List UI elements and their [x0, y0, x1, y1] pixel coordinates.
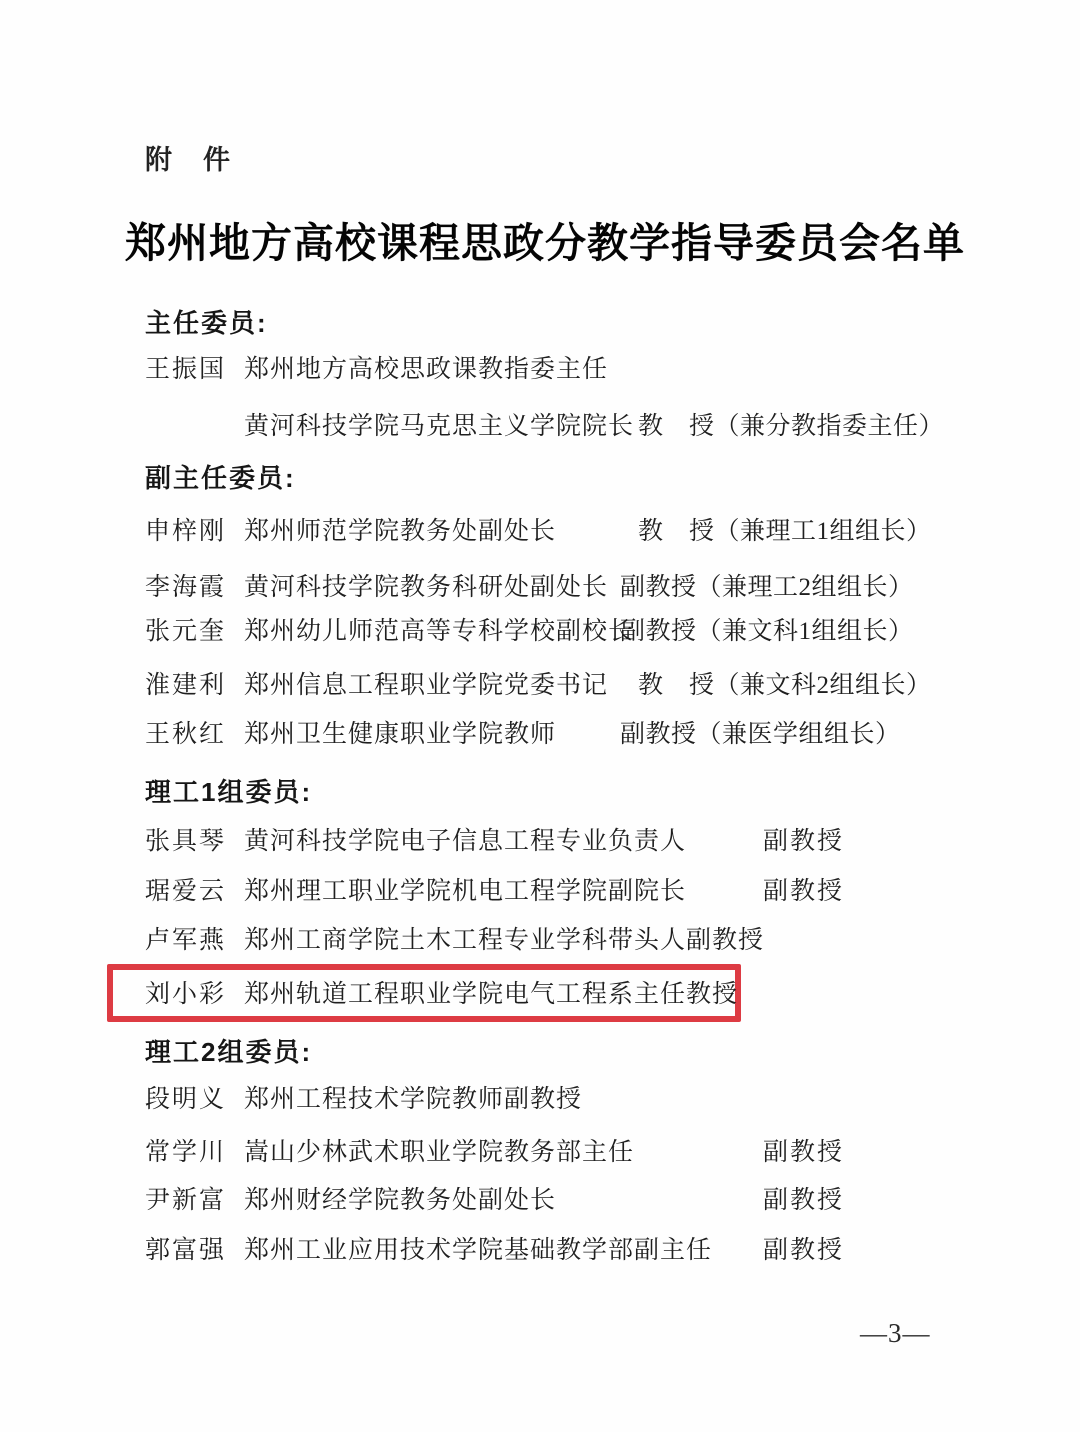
member-position: 郑州工程技术学院教师副教授 [244, 1085, 582, 1115]
member-rank: 副教授 [763, 827, 844, 857]
page-number: —3— [860, 1318, 931, 1349]
member-name: 淮建利 [145, 671, 226, 701]
member-position: 郑州地方高校思政课教指委主任 [244, 355, 608, 385]
member-name: 卢军燕 [145, 926, 226, 956]
member-row: 黄河科技学院马克思主义学院院长 教 授（兼分教指委主任） [0, 412, 1080, 442]
document-title: 郑州地方高校课程思政分教学指导委员会名单 [120, 210, 970, 269]
member-position: 嵩山少林武术职业学院教务部主任 [244, 1138, 634, 1168]
member-name: 张元奎 [145, 617, 226, 647]
member-row: 常学川 嵩山少林武术职业学院教务部主任 副教授 [0, 1138, 1080, 1168]
member-rank: 教 授（兼理工1组组长） [638, 517, 932, 547]
member-position: 黄河科技学院马克思主义学院院长 [244, 412, 634, 442]
member-position: 郑州幼儿师范高等专科学校副校长 [244, 617, 634, 647]
member-position: 郑州理工职业学院机电工程学院副院长 [244, 877, 686, 907]
member-name: 尹新富 [145, 1186, 226, 1216]
member-row: 王振国 郑州地方高校思政课教指委主任 [0, 355, 1080, 385]
member-position: 郑州轨道工程职业学院电气工程系主任教授 [244, 980, 738, 1010]
member-position: 郑州财经学院教务处副处长 [244, 1186, 556, 1216]
member-name: 刘小彩 [145, 980, 226, 1010]
member-rank: 教 授（兼分教指委主任） [638, 412, 944, 442]
member-row: 琚爱云 郑州理工职业学院机电工程学院副院长 副教授 [0, 877, 1080, 907]
member-row: 李海霞 黄河科技学院教务科研处副处长 副教授（兼理工2组组长） [0, 573, 1080, 603]
member-position: 郑州工业应用技术学院基础教学部副主任 [244, 1236, 712, 1266]
member-position: 黄河科技学院教务科研处副处长 [244, 573, 608, 603]
member-name: 王振国 [145, 355, 226, 385]
section-heading-group2: 理工2组委员: [145, 1037, 312, 1067]
member-rank: 副教授 [763, 1138, 844, 1168]
member-row: 郭富强 郑州工业应用技术学院基础教学部副主任 副教授 [0, 1236, 1080, 1266]
section-heading-group1: 理工1组委员: [145, 777, 312, 807]
member-row: 卢军燕 郑州工商学院土木工程专业学科带头人副教授 [0, 926, 1080, 956]
document-page: 附 件 郑州地方高校课程思政分教学指导委员会名单 主任委员: 王振国 郑州地方高… [0, 0, 1080, 1432]
member-row-highlighted: 刘小彩 郑州轨道工程职业学院电气工程系主任教授 [0, 980, 1080, 1010]
member-name: 李海霞 [145, 573, 226, 603]
section-heading-director: 主任委员: [145, 308, 268, 338]
member-row: 段明义 郑州工程技术学院教师副教授 [0, 1085, 1080, 1115]
member-name: 段明义 [145, 1085, 226, 1115]
member-position: 郑州卫生健康职业学院教师 [244, 720, 556, 750]
member-row: 张元奎 郑州幼儿师范高等专科学校副校长 副教授（兼文科1组组长） [0, 617, 1080, 647]
member-position: 郑州师范学院教务处副处长 [244, 517, 556, 547]
member-rank: 副教授（兼医学组组长） [620, 720, 901, 750]
member-rank: 副教授（兼文科1组组长） [620, 617, 914, 647]
member-row: 淮建利 郑州信息工程职业学院党委书记 教 授（兼文科2组组长） [0, 671, 1080, 701]
member-row: 申梓刚 郑州师范学院教务处副处长 教 授（兼理工1组组长） [0, 517, 1080, 547]
member-row: 尹新富 郑州财经学院教务处副处长 副教授 [0, 1186, 1080, 1216]
member-name: 申梓刚 [145, 517, 226, 547]
member-rank: 副教授 [763, 1236, 844, 1266]
member-name: 张具琴 [145, 827, 226, 857]
member-position: 黄河科技学院电子信息工程专业负责人 [244, 827, 686, 857]
section-heading-deputy: 副主任委员: [145, 463, 296, 493]
member-row: 张具琴 黄河科技学院电子信息工程专业负责人 副教授 [0, 827, 1080, 857]
member-name: 王秋红 [145, 720, 226, 750]
member-rank: 教 授（兼文科2组组长） [638, 671, 932, 701]
member-rank: 副教授 [763, 877, 844, 907]
member-rank: 副教授 [763, 1186, 844, 1216]
member-position: 郑州信息工程职业学院党委书记 [244, 671, 608, 701]
attachment-label: 附 件 [145, 138, 232, 177]
member-rank: 副教授（兼理工2组组长） [620, 573, 914, 603]
member-position: 郑州工商学院土木工程专业学科带头人副教授 [244, 926, 764, 956]
member-row: 王秋红 郑州卫生健康职业学院教师 副教授（兼医学组组长） [0, 720, 1080, 750]
member-name: 琚爱云 [145, 877, 226, 907]
member-name: 常学川 [145, 1138, 226, 1168]
member-name: 郭富强 [145, 1236, 226, 1266]
